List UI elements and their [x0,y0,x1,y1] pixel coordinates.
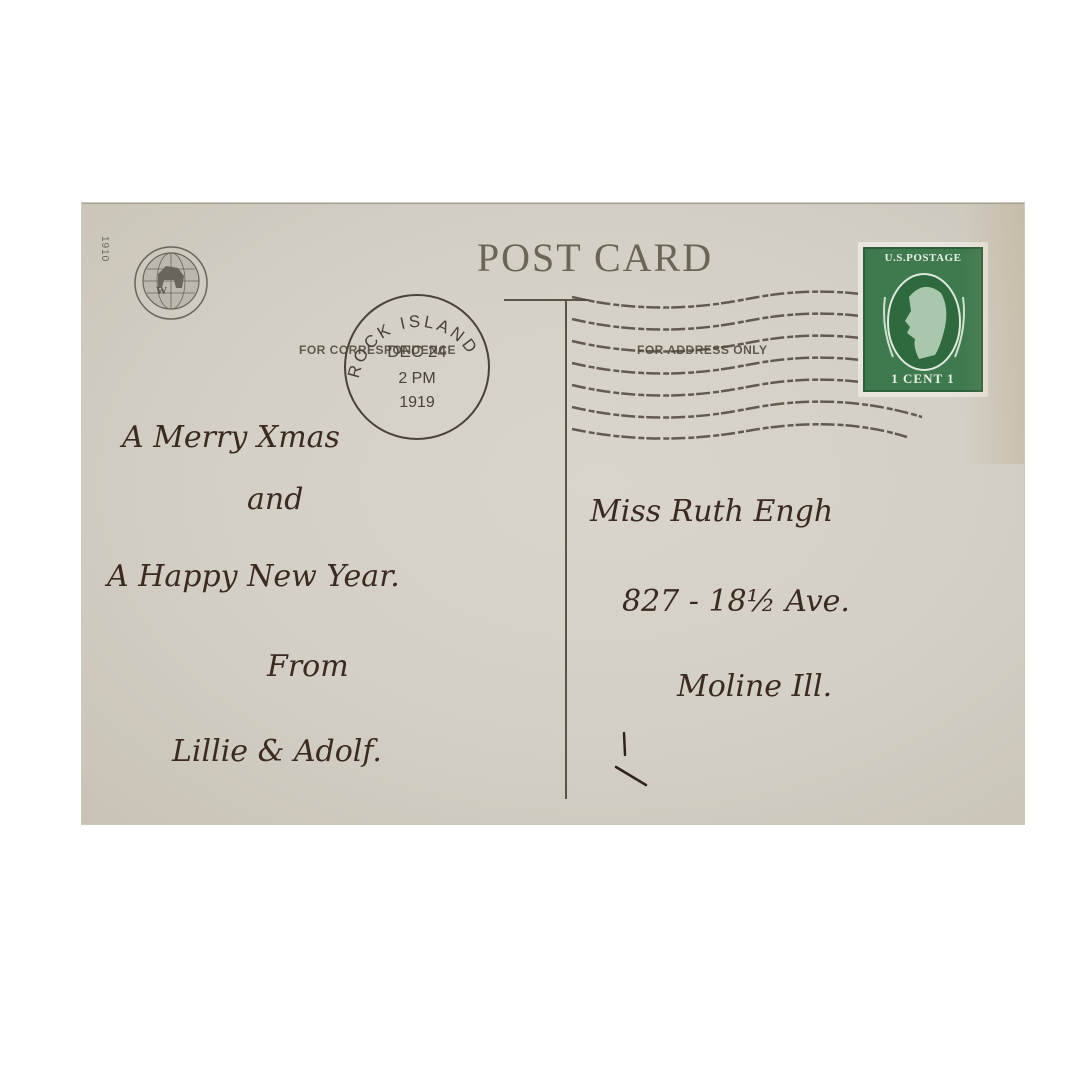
postage-stamp: U.S.POSTAGE 1 CENT 1 [858,242,988,397]
stamp-bottom-text: 1 CENT 1 [865,371,981,387]
postcard-back: 1910 W POST CARD FOR CORRESPONDENCE FOR … [82,203,1024,824]
message-line: and [247,482,303,517]
postmark-date: DEC 24 [387,342,447,361]
postmark-time: 2 PM [398,370,435,387]
message-signature: Lillie & Adolf. [172,734,382,769]
svg-text:W: W [156,285,167,297]
washington-portrait-icon [879,267,969,377]
message-line: From [267,649,349,684]
postmark-icon: ROCK ISLAND DEC 24 2 PM 1919 [337,287,497,447]
message-line: A Merry Xmas [122,420,340,455]
handwritten-tick-mark-icon [612,729,652,789]
message-line: A Happy New Year. [107,559,400,594]
stamp-top-text: U.S.POSTAGE [865,252,981,264]
postmark-year: 1919 [399,394,435,411]
address-name: Miss Ruth Engh [590,494,833,529]
address-city: Moline Ill. [677,669,832,704]
address-street: 827 - 18½ Ave. [622,584,850,619]
